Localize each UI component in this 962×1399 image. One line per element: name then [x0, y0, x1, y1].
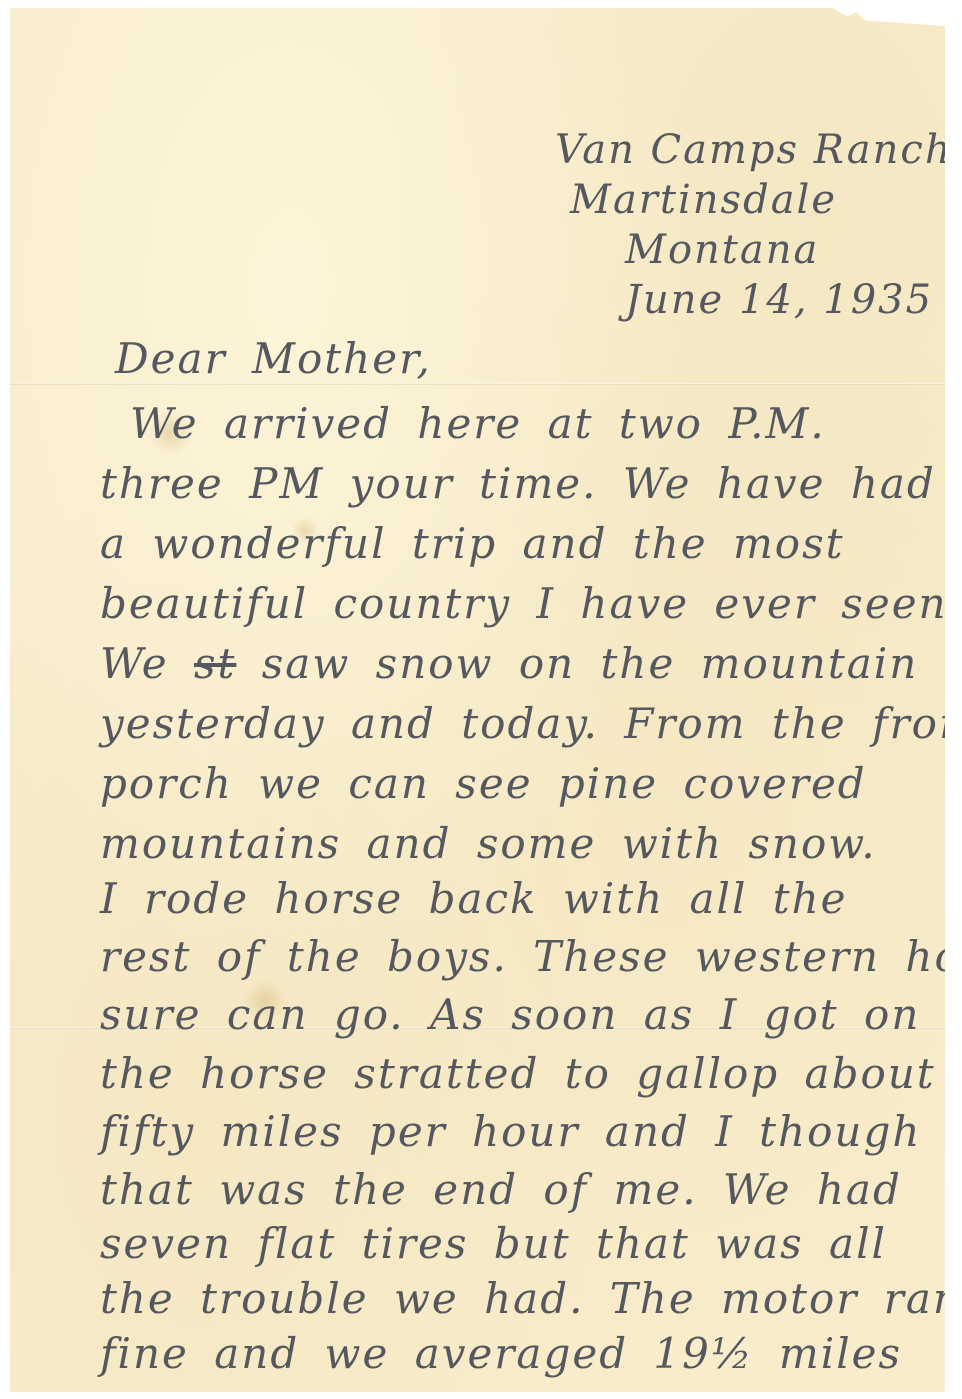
letter-line: sure can go. As soon as I got on: [100, 994, 920, 1036]
heading-town: Martinsdale: [570, 180, 837, 220]
letter-line: seven flat tires but that was all: [100, 1223, 887, 1265]
struck-text: st: [194, 639, 236, 688]
letter-line: fifty miles per hour and I though: [100, 1111, 921, 1153]
heading-state: Montana: [625, 230, 819, 270]
letter-line: We st saw snow on the mountain: [100, 643, 918, 685]
letter-line: fine and we averaged 19½ miles: [100, 1333, 902, 1375]
letter-line: that was the end of me. We had: [100, 1169, 902, 1211]
heading-place: Van Camps Ranch: [555, 130, 953, 170]
letter-line: the trouble we had. The motor ran: [100, 1278, 962, 1320]
letter-line: three PM your time. We have had: [100, 463, 936, 505]
line-start: We: [100, 639, 194, 688]
letter-line: the horse stratted to gallop about: [100, 1053, 936, 1095]
letter-line: rest of the boys. These western horses: [100, 936, 962, 978]
letter-line: a wonderful trip and the most: [100, 523, 845, 565]
letter-line: porch we can see pine covered: [100, 763, 867, 805]
letter-line: I rode horse back with all the: [100, 878, 848, 920]
letter-line: beautiful country I have ever seen.: [100, 583, 962, 625]
letter-line: mountains and some with snow.: [100, 823, 877, 865]
letter-line: yesterday and today. From the front: [100, 703, 962, 745]
letter-line: We arrived here at two P.M.: [130, 403, 826, 445]
salutation: Dear Mother,: [115, 338, 432, 380]
line-rest: saw snow on the mountain: [236, 639, 918, 688]
letter-paper: Van Camps Ranch Martinsdale Montana June…: [10, 8, 945, 1392]
heading-date: June 14, 1935: [625, 280, 933, 320]
fold-line-top: [10, 383, 945, 385]
